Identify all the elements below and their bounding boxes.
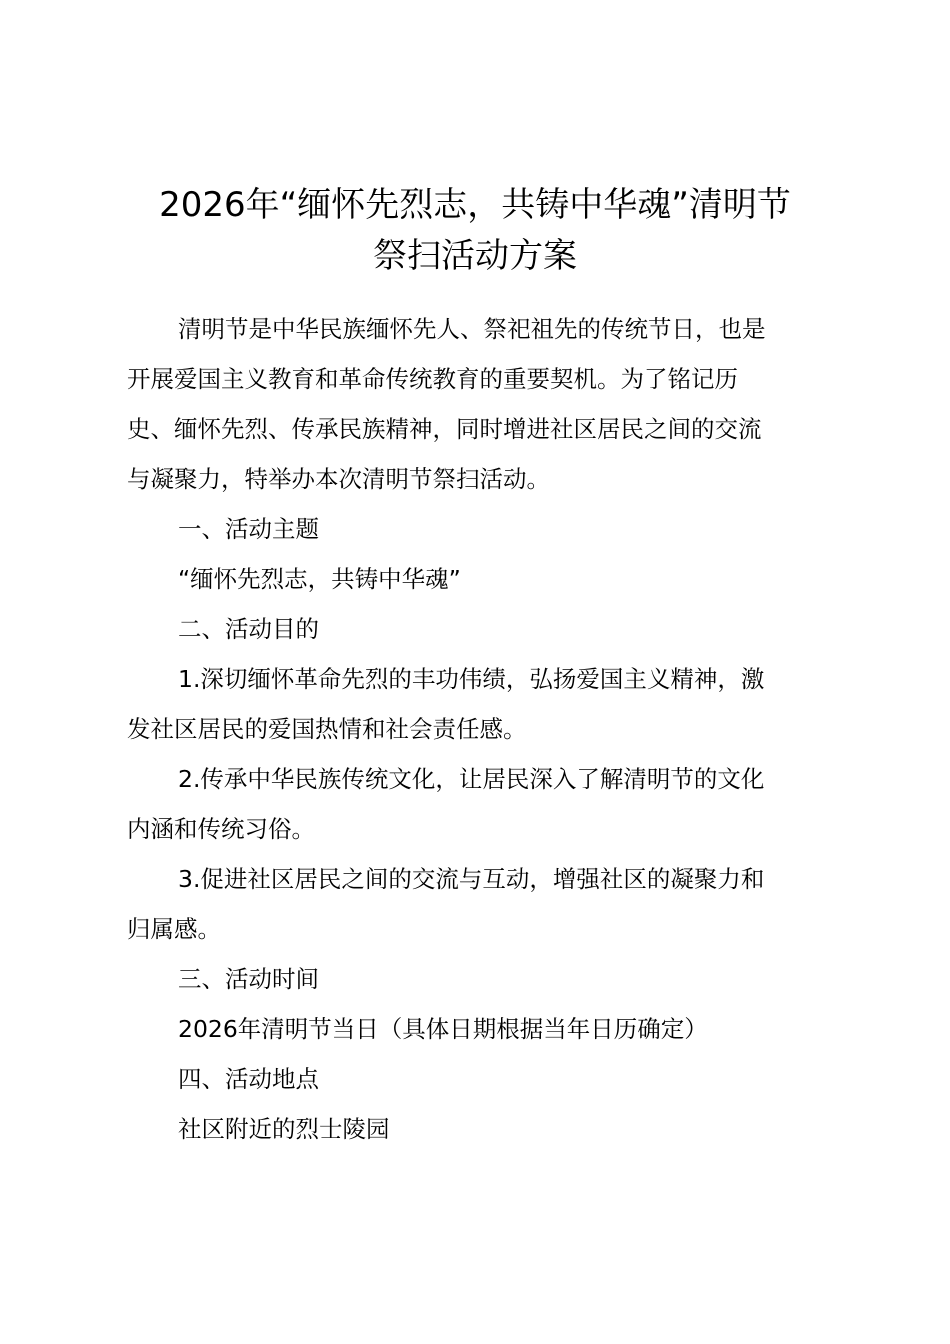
intro-paragraph-line-3: 史、缅怀先烈、传承民族精神，同时增进社区居民之间的交流	[127, 404, 833, 454]
purpose-item-1-line-1: 1.深切缅怀革命先烈的丰功伟绩，弘扬爱国主义精神，激	[178, 654, 884, 704]
section-heading-purpose: 二、活动目的	[178, 604, 884, 654]
section-body-time: 2026年清明节当日（具体日期根据当年日历确定）	[178, 1004, 884, 1054]
intro-paragraph-line-4: 与凝聚力，特举办本次清明节祭扫活动。	[127, 454, 833, 504]
section-body-location: 社区附近的烈士陵园	[178, 1104, 884, 1154]
document-page: 2026年“缅怀先烈志，共铸中华魂”清明节 祭扫活动方案 清明节是中华民族缅怀先…	[0, 0, 950, 1344]
purpose-item-2-line-1: 2.传承中华民族传统文化，让居民深入了解清明节的文化	[178, 754, 884, 804]
purpose-item-2-line-2: 内涵和传统习俗。	[127, 804, 833, 854]
purpose-item-3-line-1: 3.促进社区居民之间的交流与互动，增强社区的凝聚力和	[178, 854, 884, 904]
purpose-item-1-line-2: 发社区居民的爱国热情和社会责任感。	[127, 704, 833, 754]
intro-paragraph-line-1: 清明节是中华民族缅怀先人、祭祀祖先的传统节日，也是	[178, 304, 884, 354]
document-title-line-1: 2026年“缅怀先烈志，共铸中华魂”清明节	[100, 181, 850, 229]
section-heading-time: 三、活动时间	[178, 954, 884, 1004]
intro-paragraph-line-2: 开展爱国主义教育和革命传统教育的重要契机。为了铭记历	[127, 354, 833, 404]
section-heading-location: 四、活动地点	[178, 1054, 884, 1104]
document-title-line-2: 祭扫活动方案	[100, 232, 850, 280]
purpose-item-3-line-2: 归属感。	[127, 904, 833, 954]
section-body-theme: “缅怀先烈志，共铸中华魂”	[178, 554, 884, 604]
section-heading-theme: 一、活动主题	[178, 504, 884, 554]
